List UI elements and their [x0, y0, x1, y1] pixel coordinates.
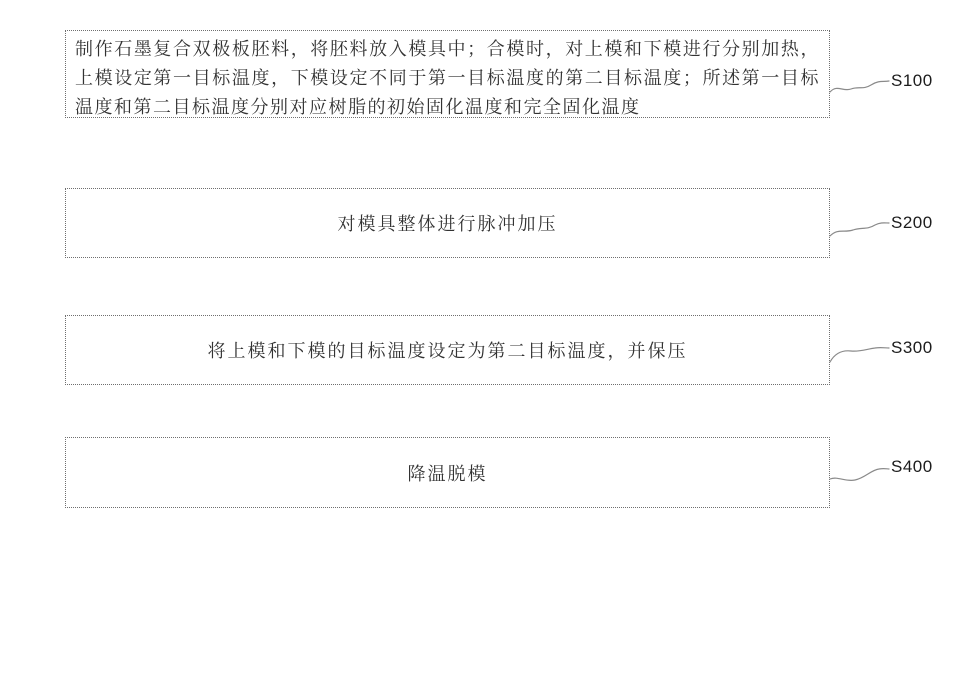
step-label-s100: S100	[891, 71, 933, 91]
flowchart-step-box-4: 降温脱模	[65, 437, 830, 508]
step-label-s200: S200	[891, 213, 933, 233]
flowchart-page: 制作石墨复合双极板胚料，将胚料放入模具中；合模时，对上模和下模进行分别加热，上模…	[0, 0, 954, 678]
step-label-s300: S300	[891, 338, 933, 358]
leader-squiggle-line-3	[829, 336, 891, 368]
leader-squiggle-line-4	[829, 456, 891, 488]
flowchart-step-text-1: 制作石墨复合双极板胚料，将胚料放入模具中；合模时，对上模和下模进行分别加热，上模…	[75, 39, 820, 117]
flowchart-step-box-2: 对模具整体进行脉冲加压	[65, 188, 830, 258]
leader-squiggle-line-2	[829, 212, 891, 244]
flowchart-step-text-2: 对模具整体进行脉冲加压	[338, 210, 558, 236]
leader-squiggle-line-1	[829, 70, 891, 102]
flowchart-step-box-3: 将上模和下模的目标温度设定为第二目标温度，并保压	[65, 315, 830, 385]
flowchart-step-text-3: 将上模和下模的目标温度设定为第二目标温度，并保压	[208, 337, 688, 363]
step-label-s400: S400	[891, 457, 933, 477]
flowchart-step-text-4: 降温脱模	[408, 460, 488, 486]
flowchart-step-box-1: 制作石墨复合双极板胚料，将胚料放入模具中；合模时，对上模和下模进行分别加热，上模…	[65, 30, 830, 118]
